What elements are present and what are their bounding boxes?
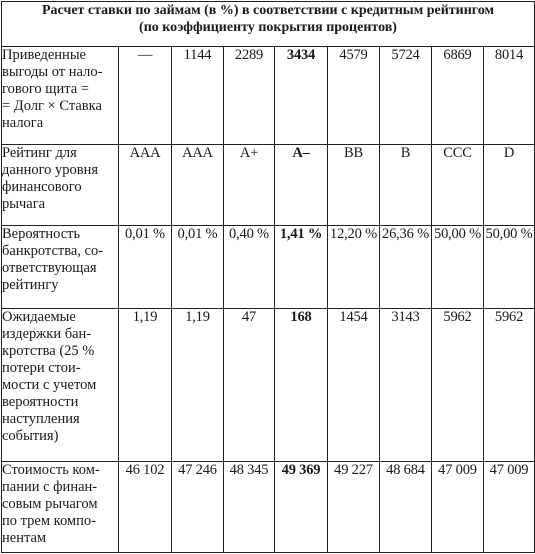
table-cell: 47 009 xyxy=(484,462,535,553)
table-cell: 1,41 % xyxy=(275,226,328,309)
row-label-line: Приведенные xyxy=(2,47,118,64)
row-label-line: совым рычагом xyxy=(2,496,118,513)
row-label-line: рейтингу xyxy=(2,277,118,294)
table-cell: BB xyxy=(328,145,380,226)
table-cell: 26,36 % xyxy=(380,226,432,309)
table-cell: 49 369 xyxy=(275,462,328,553)
table-cell: 168 xyxy=(275,309,328,462)
table-cell: 1454 xyxy=(328,309,380,462)
row-label-line: налога xyxy=(2,115,118,132)
table-cell: 50,00 % xyxy=(432,226,484,309)
row-label-line: финансового xyxy=(2,179,118,196)
row-label-line: рычага xyxy=(2,196,118,213)
table-cell: 1,19 xyxy=(119,309,172,462)
row-label-line: банкротства, со- xyxy=(2,243,118,260)
table-cell: 5962 xyxy=(432,309,484,462)
row-label-line: пании с финан- xyxy=(2,479,118,496)
row-label-line: события) xyxy=(2,428,118,445)
table-cell: 1,19 xyxy=(172,309,224,462)
bankruptcy-probability-row: Вероятностьбанкротства, со-ответствующая… xyxy=(2,226,535,309)
table-cell: 0,40 % xyxy=(224,226,275,309)
table-cell: 49 227 xyxy=(328,462,380,553)
table-cell: 47 246 xyxy=(172,462,224,553)
row-label: Вероятностьбанкротства, со-ответствующая… xyxy=(2,226,119,309)
row-label-line: мости с учетом xyxy=(2,377,118,394)
table-cell: 3143 xyxy=(380,309,432,462)
table-cell: 46 102 xyxy=(119,462,172,553)
row-label-line: кротства (25 % xyxy=(2,343,118,360)
title-line-1: Расчет ставки по займам (в %) в соответс… xyxy=(2,2,534,19)
table-cell: 47 009 xyxy=(432,462,484,553)
row-label-line: Ожидаемые xyxy=(2,309,118,326)
table-cell: 0,01 % xyxy=(172,226,224,309)
row-label-line: вероятности xyxy=(2,394,118,411)
row-label-line: по трем компо- xyxy=(2,513,118,530)
table-cell: A– xyxy=(275,145,328,226)
table-cell: 3434 xyxy=(275,47,328,145)
table-cell: A+ xyxy=(224,145,275,226)
tax-shield-benefit-row: Приведенныевыгоды от нало-гового щита ==… xyxy=(2,47,535,145)
table-cell: 50,00 % xyxy=(484,226,535,309)
row-label: Ожидаемыеиздержки бан-кротства (25 %поте… xyxy=(2,309,119,462)
row-label: Рейтинг дляданного уровняфинансовогорыча… xyxy=(2,145,119,226)
row-label-line: выгоды от нало- xyxy=(2,64,118,81)
table-cell: 48 345 xyxy=(224,462,275,553)
row-label-line: гового щита = xyxy=(2,81,118,98)
row-label-line: Стоимость ком- xyxy=(2,462,118,479)
expected-bankruptcy-cost-row: Ожидаемыеиздержки бан-кротства (25 %поте… xyxy=(2,309,535,462)
row-label-line: наступления xyxy=(2,411,118,428)
table-cell: — xyxy=(119,47,172,145)
table-cell: B xyxy=(380,145,432,226)
table-cell: 2289 xyxy=(224,47,275,145)
row-label: Стоимость ком-пании с финан-совым рычаго… xyxy=(2,462,119,553)
table-title: Расчет ставки по займам (в %) в соответс… xyxy=(2,2,535,47)
title-line-2: (по коэффициенту покрытия процентов) xyxy=(2,19,534,36)
credit-rating-table: Расчет ставки по займам (в %) в соответс… xyxy=(1,1,535,553)
table-cell: D xyxy=(484,145,535,226)
table-cell: CCC xyxy=(432,145,484,226)
row-label-line: потери стои- xyxy=(2,360,118,377)
table-cell: 47 xyxy=(224,309,275,462)
row-label-line: издержки бан- xyxy=(2,326,118,343)
row-label-line: нентам xyxy=(2,530,118,547)
table-cell: AAA xyxy=(172,145,224,226)
table-cell: 6869 xyxy=(432,47,484,145)
row-label-line: Рейтинг для xyxy=(2,145,118,162)
table-cell: 12,20 % xyxy=(328,226,380,309)
row-label: Приведенныевыгоды от нало-гового щита ==… xyxy=(2,47,119,145)
row-label-line: Вероятность xyxy=(2,226,118,243)
table-cell: 5724 xyxy=(380,47,432,145)
table-cell: 48 684 xyxy=(380,462,432,553)
table-cell: 5962 xyxy=(484,309,535,462)
table-cell: 8014 xyxy=(484,47,535,145)
table-cell: 0,01 % xyxy=(119,226,172,309)
row-label-line: данного уровня xyxy=(2,162,118,179)
row-label-line: = Долг × Ставка xyxy=(2,98,118,115)
rating-row: Рейтинг дляданного уровняфинансовогорыча… xyxy=(2,145,535,226)
row-label-line: ответствующая xyxy=(2,260,118,277)
table-cell: 1144 xyxy=(172,47,224,145)
table-cell: 4579 xyxy=(328,47,380,145)
company-value-row: Стоимость ком-пании с финан-совым рычаго… xyxy=(2,462,535,553)
table-cell: AAA xyxy=(119,145,172,226)
